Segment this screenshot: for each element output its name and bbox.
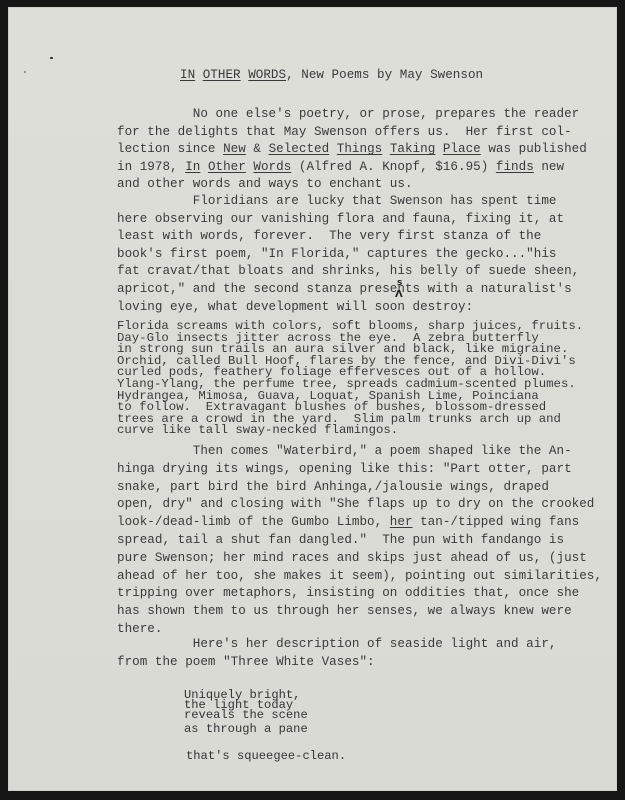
- title-underlined-word: OTHER: [203, 68, 241, 82]
- text-line: pure Swenson; her mind races and skips j…: [117, 550, 602, 568]
- underlined-title-word: Place: [443, 142, 481, 156]
- poem-line: that's squeegee-clean.: [186, 749, 346, 763]
- title-underlined-word: WORDS: [248, 68, 286, 82]
- text-line: and other words and ways to enchant us.: [117, 176, 587, 194]
- text-line: apricot," and the second stanza presents…: [117, 281, 579, 299]
- title-underlined-word: IN: [180, 68, 195, 82]
- text-line: loving eye, what development will soon d…: [117, 299, 579, 317]
- quote-block-in-florida: Florida screams with colors, soft blooms…: [117, 321, 583, 437]
- text-line: from the poem "Three White Vases":: [117, 654, 557, 672]
- underlined-title-word: finds: [496, 160, 534, 174]
- underlined-title-word: Things: [337, 142, 382, 156]
- text-line: curve like tall sway-necked flamingos.: [117, 425, 583, 437]
- poem-line: as through a pane: [184, 722, 308, 736]
- ink-speck: [24, 71, 26, 73]
- text-line: tripping over metaphors, insisting on od…: [117, 585, 602, 603]
- underlined-title-word: In: [185, 160, 200, 174]
- ink-speck: [50, 57, 53, 59]
- poem-line: reveals the scene: [184, 708, 308, 722]
- handwritten-insert-s: s: [397, 279, 402, 288]
- text-line: Here's her description of seaside light …: [117, 636, 557, 654]
- underlined-title-word: Taking: [390, 142, 435, 156]
- paragraph-floridians: Floridians are lucky that Swenson has sp…: [117, 193, 579, 316]
- text-line: Floridians are lucky that Swenson has sp…: [117, 193, 579, 211]
- text-line: for the delights that May Swenson offers…: [117, 124, 587, 142]
- text-line: in 1978, In Other Words (Alfred A. Knopf…: [117, 159, 587, 177]
- text-line: No one else's poetry, or prose, prepares…: [117, 106, 587, 124]
- text-line: fat cravat/that bloats and shrinks, his …: [117, 263, 579, 281]
- text-line: ahead of her too, she makes it seem), po…: [117, 568, 602, 586]
- underlined-title-word: her: [390, 515, 413, 529]
- underlined-title-word: Selected: [269, 142, 330, 156]
- handwritten-caret: Λ: [395, 290, 403, 299]
- paragraph-intro: No one else's poetry, or prose, prepares…: [117, 106, 587, 194]
- underlined-title-word: New: [223, 142, 246, 156]
- text-line: Then comes "Waterbird," a poem shaped li…: [117, 443, 602, 461]
- text-line: book's first poem, "In Florida," capture…: [117, 246, 579, 264]
- text-line: here observing our vanishing flora and f…: [117, 211, 579, 229]
- document-title: IN OTHER WORDS, New Poems by May Swenson: [180, 68, 483, 82]
- title-text: [195, 68, 203, 82]
- underlined-title-word: Other: [208, 160, 246, 174]
- paragraph-three-white-vases: Here's her description of seaside light …: [117, 636, 557, 671]
- text-line: spread, tail a shut fan dangled." The pu…: [117, 532, 602, 550]
- text-line: lection since New & Selected Things Taki…: [117, 141, 587, 159]
- text-line: open, dry" and closing with "She flaps u…: [117, 496, 602, 514]
- text-line: least with words, forever. The very firs…: [117, 228, 579, 246]
- paragraph-waterbird: Then comes "Waterbird," a poem shaped li…: [117, 443, 602, 639]
- underlined-title-word: Words: [253, 160, 291, 174]
- text-line: has shown them to us through her senses,…: [117, 603, 602, 621]
- text-line: look-/dead-limb of the Gumbo Limbo, her …: [117, 514, 602, 532]
- text-line: snake, part bird the bird Anhinga,/jalou…: [117, 479, 602, 497]
- text-line: hinga drying its wings, opening like thi…: [117, 461, 602, 479]
- title-text: , New Poems by May Swenson: [286, 68, 483, 82]
